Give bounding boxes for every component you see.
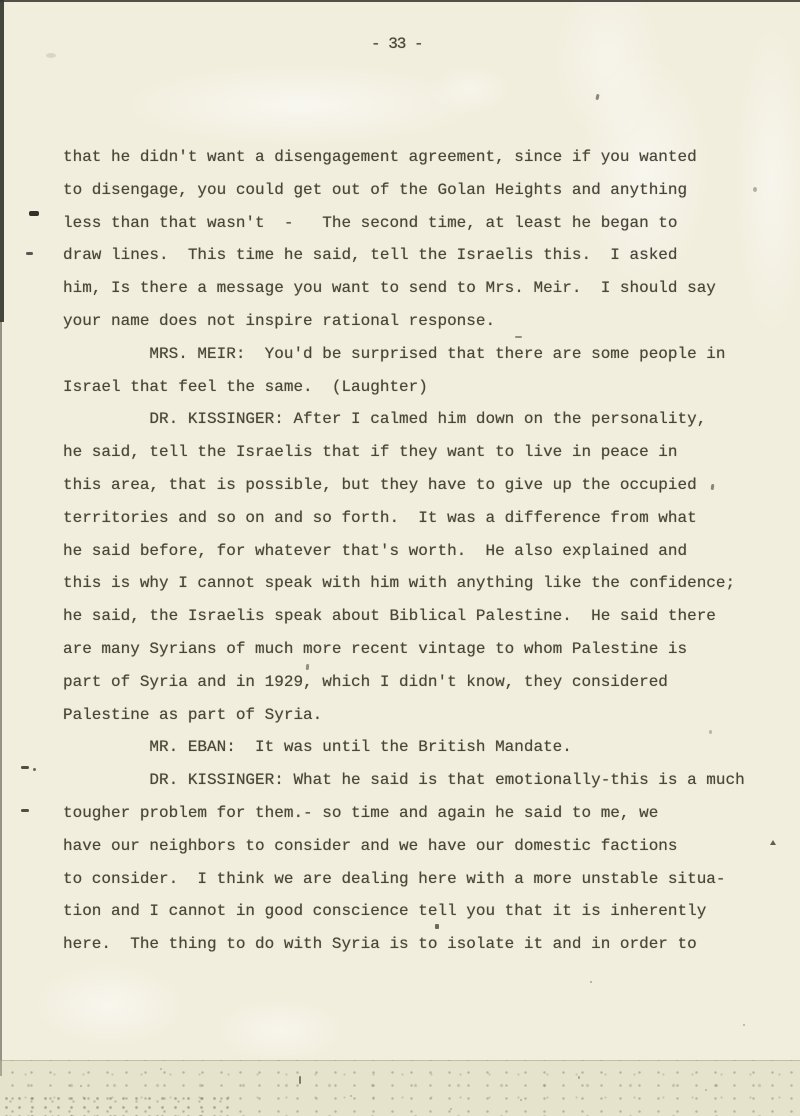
text-line: him, Is there a message you want to send…: [63, 272, 783, 305]
text-line: MRS. MEIR: You'd be surprised that there…: [63, 338, 783, 371]
text-line: territories and so on and so forth. It w…: [63, 502, 783, 535]
stray-caret-mark: [770, 840, 776, 845]
stray-mark: [595, 94, 599, 100]
stray-mark: [515, 336, 522, 338]
margin-mark: [26, 252, 33, 255]
scan-noise-corner: [0, 1094, 230, 1116]
text-line: he said before, for whatever that's wort…: [63, 535, 783, 568]
text-line: tougher problem for them.- so time and a…: [63, 797, 783, 830]
text-line: this area, that is possible, but they ha…: [63, 469, 783, 502]
stray-mark: [435, 924, 439, 929]
stray-mark: [709, 730, 712, 734]
text-line: that he didn't want a disengagement agre…: [63, 141, 783, 174]
margin-mark: [21, 766, 29, 769]
stray-mark: [306, 664, 310, 670]
text-line: Palestine as part of Syria.: [63, 699, 783, 732]
scan-edge-left: [0, 0, 4, 322]
text-line: Israel that feel the same. (Laughter): [63, 371, 783, 404]
text-line: have our neighbors to consider and we ha…: [63, 830, 783, 863]
text-line: DR. KISSINGER: What he said is that emot…: [63, 764, 783, 797]
text-line: to consider. I think we are dealing here…: [63, 863, 783, 896]
text-line: here. The thing to do with Syria is to i…: [63, 928, 783, 961]
document-page: - 33 - that he didn't want a disengageme…: [0, 0, 800, 1116]
scan-edge-left-lower: [0, 320, 2, 1076]
noise-speck: [590, 981, 592, 983]
text-line: he said, tell the Israelis that if they …: [63, 436, 783, 469]
text-line: tion and I cannot in good conscience tel…: [63, 895, 783, 928]
text-line: DR. KISSINGER: After I calmed him down o…: [63, 403, 783, 436]
text-line: MR. EBAN: It was until the British Manda…: [63, 731, 783, 764]
stray-smudge: [46, 53, 56, 58]
margin-mark-dot: [33, 768, 36, 771]
text-line: this is why I cannot speak with him with…: [63, 567, 783, 600]
text-line: he said, the Israelis speak about Biblic…: [63, 600, 783, 633]
page-number: - 33 -: [371, 35, 423, 53]
text-line: to disengage, you could get out of the G…: [63, 174, 783, 207]
text-line: less than that wasn't - The second time,…: [63, 207, 783, 240]
margin-mark: [21, 809, 29, 812]
transcript-text: that he didn't want a disengagement agre…: [63, 141, 783, 961]
text-line: your name does not inspire rational resp…: [63, 305, 783, 338]
scan-edge-top: [0, 0, 800, 2]
noise-speck: [743, 1024, 745, 1026]
margin-mark: [29, 211, 39, 216]
stray-mark: [753, 187, 757, 192]
text-line: are many Syrians of much more recent vin…: [63, 633, 783, 666]
text-line: draw lines. This time he said, tell the …: [63, 239, 783, 272]
text-line: part of Syria and in 1929, which I didn'…: [63, 666, 783, 699]
